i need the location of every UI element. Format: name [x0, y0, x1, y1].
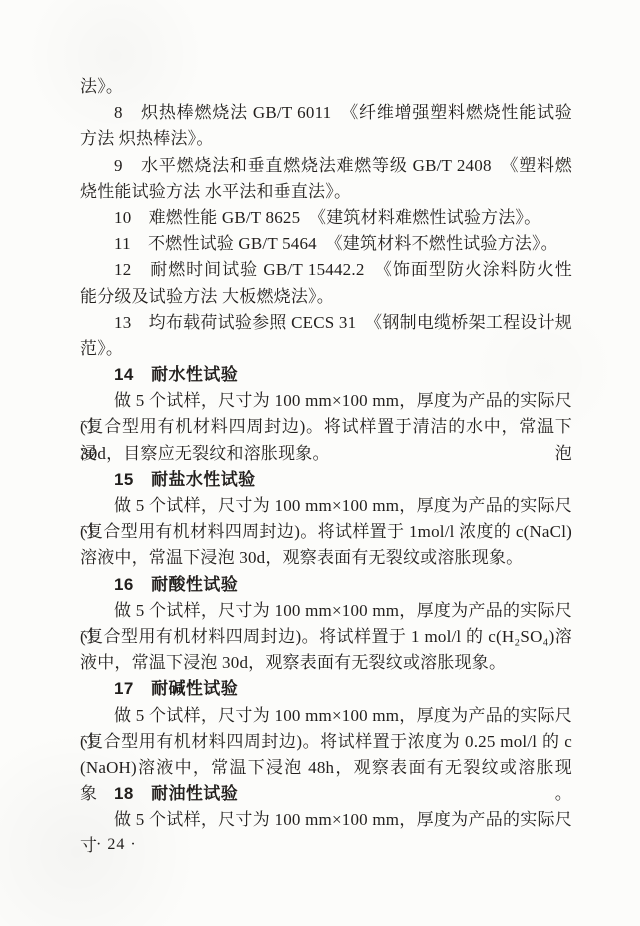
text-line: 12 耐燃时间试验 GB/T 15442.2 《饰面型防火涂料防火性: [80, 257, 572, 283]
text-block: 法》。8 炽热棒燃烧法 GB/T 6011 《纤维增强塑料燃烧性能试验方法 炽热…: [80, 74, 572, 833]
text-line: (复合型用有机材料四周封边)。将试样置于浓度为 0.25 mol/l 的 c: [80, 729, 572, 755]
document-page: 法》。8 炽热棒燃烧法 GB/T 6011 《纤维增强塑料燃烧性能试验方法 炽热…: [0, 0, 640, 926]
text-line: 溶液中，常温下浸泡 30d，观察表面有无裂纹或溶胀现象。: [80, 545, 572, 571]
text-line: 液中，常温下浸泡 30d，观察表面有无裂纹或溶胀现象。: [80, 650, 572, 676]
page-number: · 24 ·: [96, 836, 137, 854]
text-line: 9 水平燃烧法和垂直燃烧法难燃等级 GB/T 2408 《塑料燃: [80, 153, 572, 179]
heading-line: 16 耐酸性试验: [80, 572, 572, 598]
text-line: 13 均布载荷试验参照 CECS 31 《钢制电缆桥架工程设计规: [80, 310, 572, 336]
heading-line: 14 耐水性试验: [80, 362, 572, 388]
text-line: 能分级及试验方法 大板燃烧法》。: [80, 284, 572, 310]
text-line: 做 5 个试样，尺寸为 100 mm×100 mm，厚度为产品的实际尺寸: [80, 388, 572, 414]
heading-line: 17 耐碱性试验: [80, 676, 572, 702]
text-line: 做 5 个试样，尺寸为 100 mm×100 mm，厚度为产品的实际尺寸: [80, 703, 572, 729]
heading-line: 15 耐盐水性试验: [80, 467, 572, 493]
text-line: 方法 炽热棒法》。: [80, 126, 572, 152]
text-line: 8 炽热棒燃烧法 GB/T 6011 《纤维增强塑料燃烧性能试验: [80, 100, 572, 126]
text-line: 做 5 个试样，尺寸为 100 mm×100 mm，厚度为产品的实际尺寸: [80, 493, 572, 519]
text-line: 做 5 个试样，尺寸为 100 mm×100 mm，厚度为产品的实际尺寸: [80, 807, 572, 833]
text-line: 烧性能试验方法 水平法和垂直法》。: [80, 179, 572, 205]
text-line: 11 不燃性试验 GB/T 5464 《建筑材料不燃性试验方法》。: [80, 231, 572, 257]
text-line: (复合型用有机材料四周封边)。将试样置于 1 mol/l 的 c(H₂SO₄)溶: [80, 624, 572, 650]
text-line: (复合型用有机材料四周封边)。将试样置于 1mol/l 浓度的 c(NaCl): [80, 519, 572, 545]
text-line: (NaOH)溶液中，常温下浸泡 48h，观察表面有无裂纹或溶胀现象。: [80, 755, 572, 781]
text-line: 范》。: [80, 336, 572, 362]
text-line: 10 难燃性能 GB/T 8625 《建筑材料难燃性试验方法》。: [80, 205, 572, 231]
text-line: 法》。: [80, 74, 572, 100]
text-line: (复合型用有机材料四周封边)。将试样置于清洁的水中，常温下浸泡: [80, 414, 572, 440]
text-line: 做 5 个试样，尺寸为 100 mm×100 mm，厚度为产品的实际尺寸: [80, 598, 572, 624]
